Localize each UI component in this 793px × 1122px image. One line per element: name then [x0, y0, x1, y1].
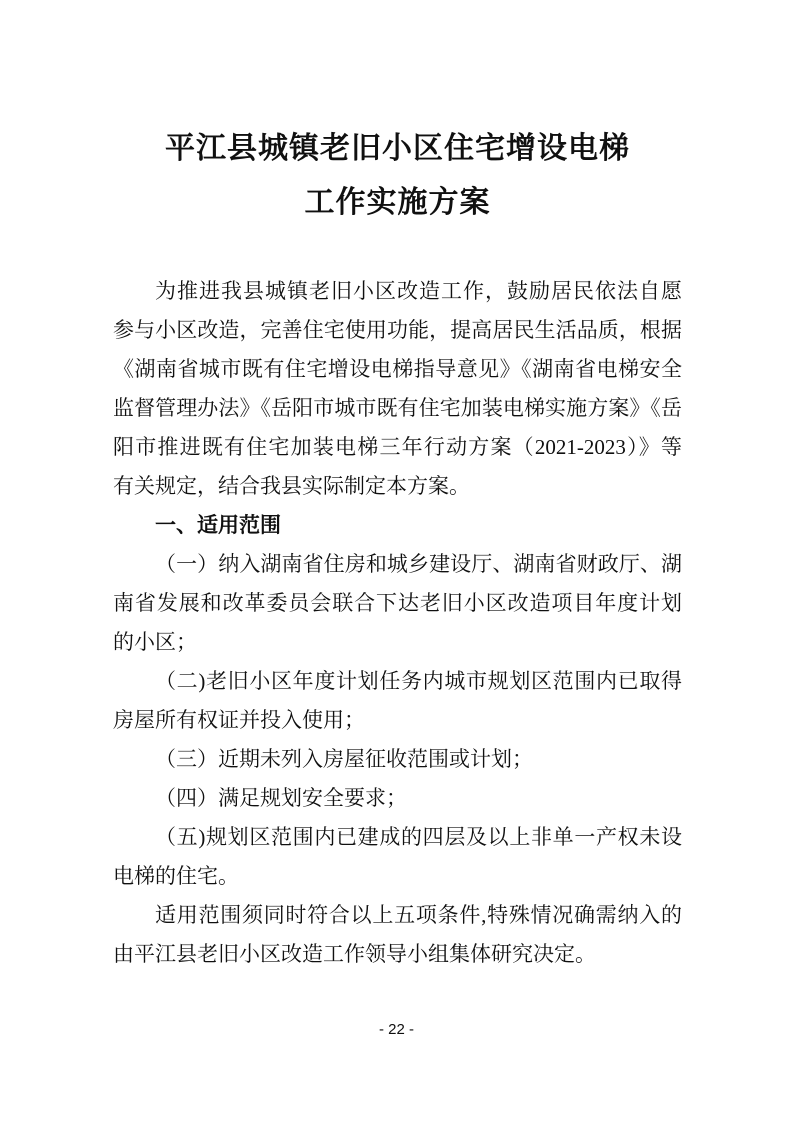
text-line: （二)老旧小区年度计划任务内城市规划区范围内已取得: [113, 662, 682, 701]
text-line: 电梯的住宅。: [113, 857, 682, 896]
text-line: 的小区；: [113, 623, 682, 662]
text-line: （一）纳入湖南省住房和城乡建设厅、湖南省财政厅、湖: [113, 545, 682, 584]
list-item-5: （五)规划区范围内已建成的四层及以上非单一产权未设 电梯的住宅。: [113, 818, 682, 896]
page-footer: - 22 -: [0, 1021, 793, 1038]
document-body: 为推进我县城镇老旧小区改造工作，鼓励居民依法自愿 参与小区改造，完善住宅使用功能…: [113, 272, 682, 974]
title-line-2: 工作实施方案: [113, 176, 682, 230]
document-title: 平江县城镇老旧小区住宅增设电梯 工作实施方案: [113, 122, 682, 230]
text-line: 房屋所有权证并投入使用；: [113, 701, 682, 740]
paragraph-intro: 为推进我县城镇老旧小区改造工作，鼓励居民依法自愿 参与小区改造，完善住宅使用功能…: [113, 272, 682, 506]
list-item-3: （三）近期未列入房屋征收范围或计划；: [113, 740, 682, 779]
text-line: （五)规划区范围内已建成的四层及以上非单一产权未设: [113, 818, 682, 857]
list-item-1: （一）纳入湖南省住房和城乡建设厅、湖南省财政厅、湖 南省发展和改革委员会联合下达…: [113, 545, 682, 662]
list-item-4: （四）满足规划安全要求；: [113, 779, 682, 818]
section-heading-scope: 一、适用范围: [113, 506, 682, 545]
text-line: 参与小区改造，完善住宅使用功能，提高居民生活品质，根据: [113, 311, 682, 350]
text-line: （四）满足规划安全要求；: [113, 779, 682, 818]
document-page: 平江县城镇老旧小区住宅增设电梯 工作实施方案 为推进我县城镇老旧小区改造工作，鼓…: [0, 0, 793, 1122]
text-line: 有关规定，结合我县实际制定本方案。: [113, 467, 682, 506]
paragraph-closing: 适用范围须同时符合以上五项条件,特殊情况确需纳入的 由平江县老旧小区改造工作领导…: [113, 896, 682, 974]
text-line: （三）近期未列入房屋征收范围或计划；: [113, 740, 682, 779]
text-line: 由平江县老旧小区改造工作领导小组集体研究决定。: [113, 935, 682, 974]
page-number: - 22 -: [379, 1021, 414, 1038]
text-line: 南省发展和改革委员会联合下达老旧小区改造项目年度计划: [113, 584, 682, 623]
text-line: 监督管理办法》《岳阳市城市既有住宅加装电梯实施方案》《岳: [113, 389, 682, 428]
text-line: 阳市推进既有住宅加装电梯三年行动方案（2021-2023）》等: [113, 428, 682, 467]
text-line: 为推进我县城镇老旧小区改造工作，鼓励居民依法自愿: [113, 272, 682, 311]
text-line: 适用范围须同时符合以上五项条件,特殊情况确需纳入的: [113, 896, 682, 935]
list-item-2: （二)老旧小区年度计划任务内城市规划区范围内已取得 房屋所有权证并投入使用；: [113, 662, 682, 740]
text-line: 《湖南省城市既有住宅增设电梯指导意见》《湖南省电梯安全: [113, 350, 682, 389]
title-line-1: 平江县城镇老旧小区住宅增设电梯: [113, 122, 682, 176]
